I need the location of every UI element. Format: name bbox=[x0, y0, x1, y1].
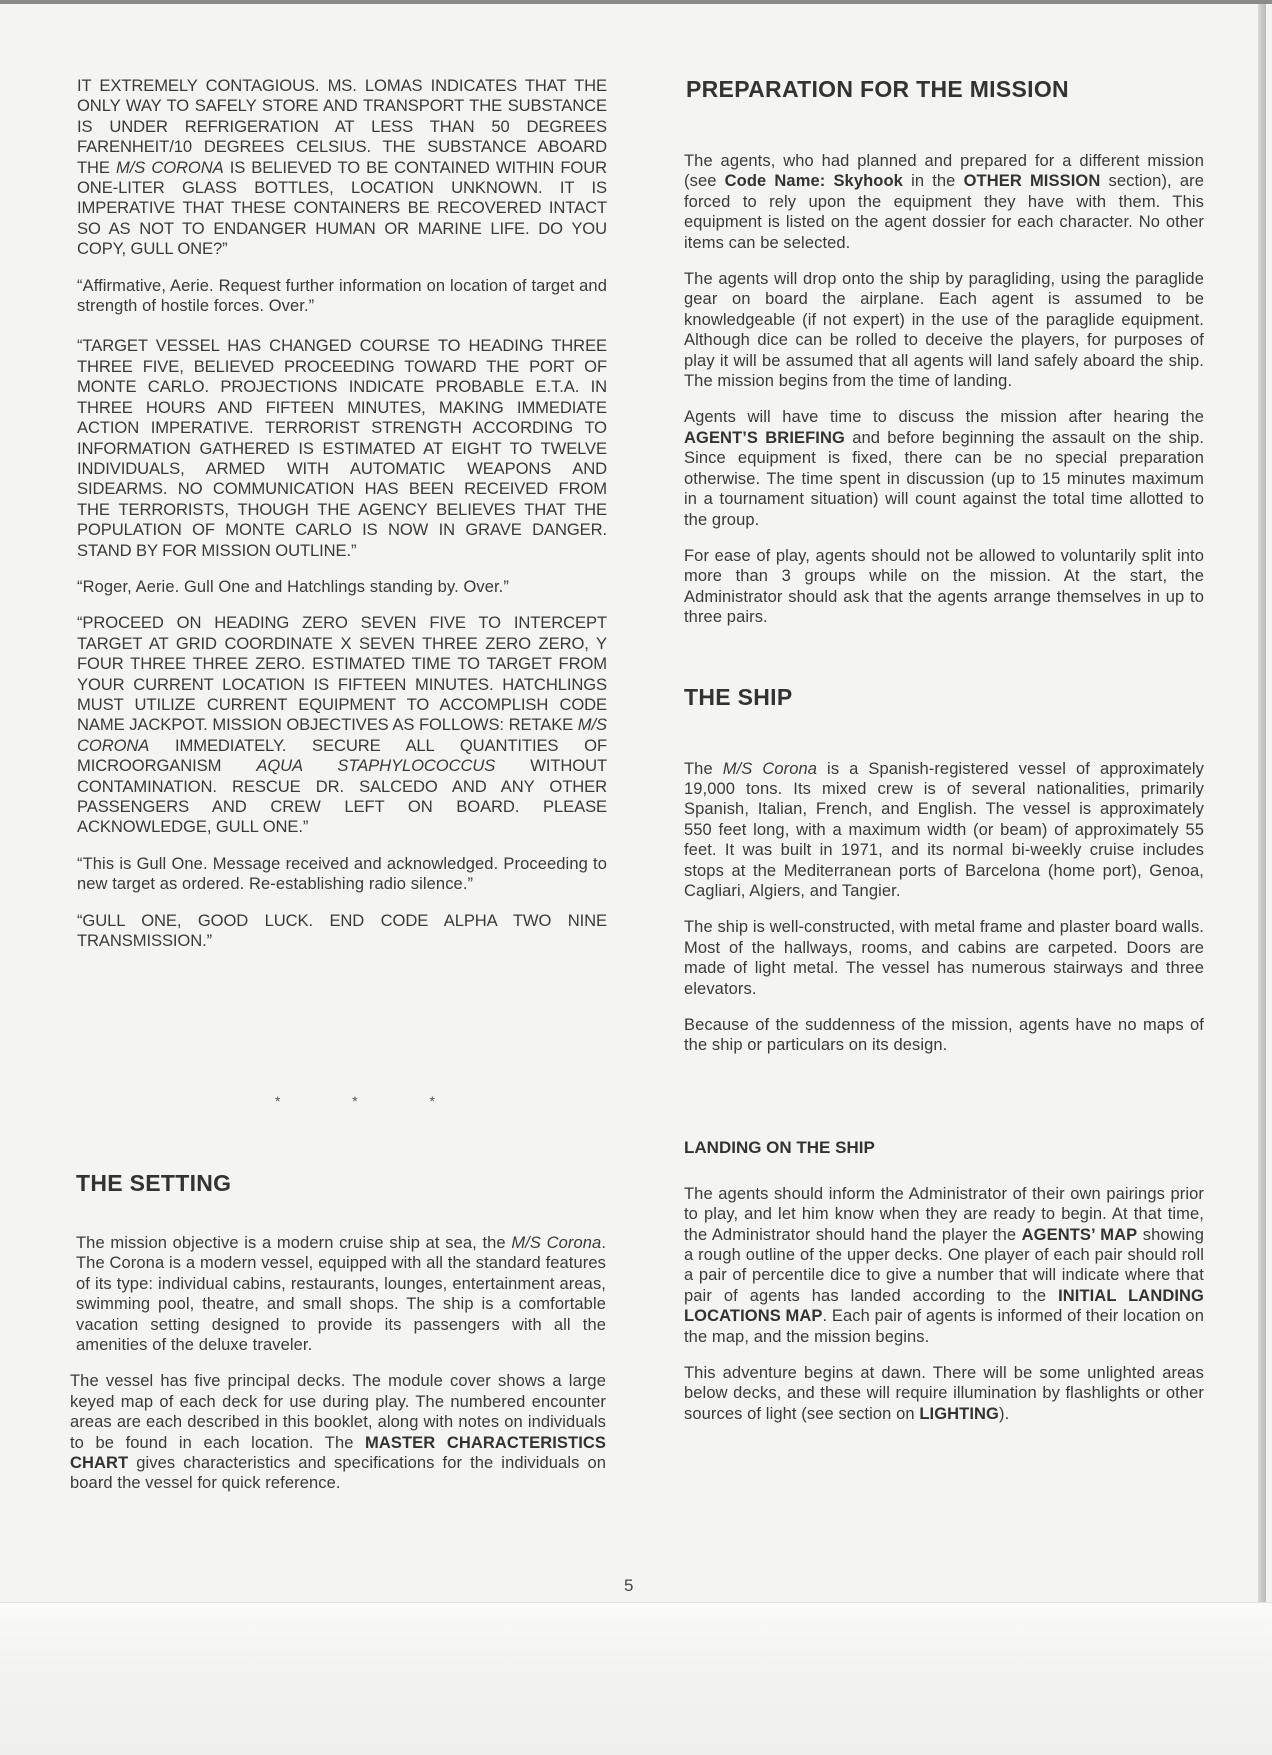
page-number: 5 bbox=[624, 1576, 633, 1596]
ship-heading: THE SHIP bbox=[684, 684, 1204, 711]
setting-heading: THE SETTING bbox=[76, 1170, 606, 1197]
briefing-paragraph-4: “Roger, Aerie. Gull One and Hatchlings s… bbox=[77, 577, 607, 597]
preparation-paragraph-1: The agents, who had planned and prepared… bbox=[684, 151, 1204, 253]
landing-paragraph-1: The agents should inform the Administrat… bbox=[684, 1184, 1204, 1347]
left-column: IT EXTREMELY CONTAGIOUS. MS. LOMAS INDIC… bbox=[77, 76, 607, 967]
ship-paragraph-2: The ship is well-constructed, with metal… bbox=[684, 917, 1204, 999]
underlying-page-edge bbox=[0, 1602, 1272, 1755]
setting-section: THE SETTING The mission objective is a m… bbox=[76, 1170, 606, 1510]
briefing-paragraph-7: “GULL ONE, GOOD LUCK. END CODE ALPHA TWO… bbox=[77, 911, 607, 952]
briefing-paragraph-2: “Affirmative, Aerie. Request further inf… bbox=[77, 276, 607, 317]
landing-heading: LANDING ON THE SHIP bbox=[684, 1138, 1204, 1158]
page-right-edge-shadow bbox=[1258, 4, 1266, 1622]
section-separator: * * * bbox=[275, 1093, 435, 1109]
preparation-paragraph-3: Agents will have time to discuss the mis… bbox=[684, 407, 1204, 529]
separator-star: * bbox=[430, 1093, 435, 1109]
separator-star: * bbox=[352, 1093, 357, 1109]
document-page: IT EXTREMELY CONTAGIOUS. MS. LOMAS INDIC… bbox=[0, 4, 1260, 1602]
setting-paragraph-2: The vessel has five principal decks. The… bbox=[70, 1371, 606, 1493]
briefing-paragraph-3: “TARGET VESSEL HAS CHANGED COURSE TO HEA… bbox=[77, 336, 607, 560]
ship-paragraph-1: The M/S Corona is a Spanish-registered v… bbox=[684, 759, 1204, 902]
right-column: PREPARATION FOR THE MISSION The agents, … bbox=[684, 76, 1204, 1440]
ship-paragraph-3: Because of the suddenness of the mission… bbox=[684, 1015, 1204, 1056]
briefing-paragraph-6: “This is Gull One. Message received and … bbox=[77, 854, 607, 895]
separator-star: * bbox=[275, 1093, 280, 1109]
setting-paragraph-1: The mission objective is a modern cruise… bbox=[76, 1233, 606, 1355]
landing-paragraph-2: This adventure begins at dawn. There wil… bbox=[684, 1363, 1204, 1424]
briefing-paragraph-1: IT EXTREMELY CONTAGIOUS. MS. LOMAS INDIC… bbox=[77, 76, 607, 260]
preparation-heading: PREPARATION FOR THE MISSION bbox=[686, 76, 1204, 103]
preparation-paragraph-4: For ease of play, agents should not be a… bbox=[684, 546, 1204, 628]
briefing-paragraph-5: “PROCEED ON HEADING ZERO SEVEN FIVE TO I… bbox=[77, 613, 607, 837]
preparation-paragraph-2: The agents will drop onto the ship by pa… bbox=[684, 269, 1204, 391]
